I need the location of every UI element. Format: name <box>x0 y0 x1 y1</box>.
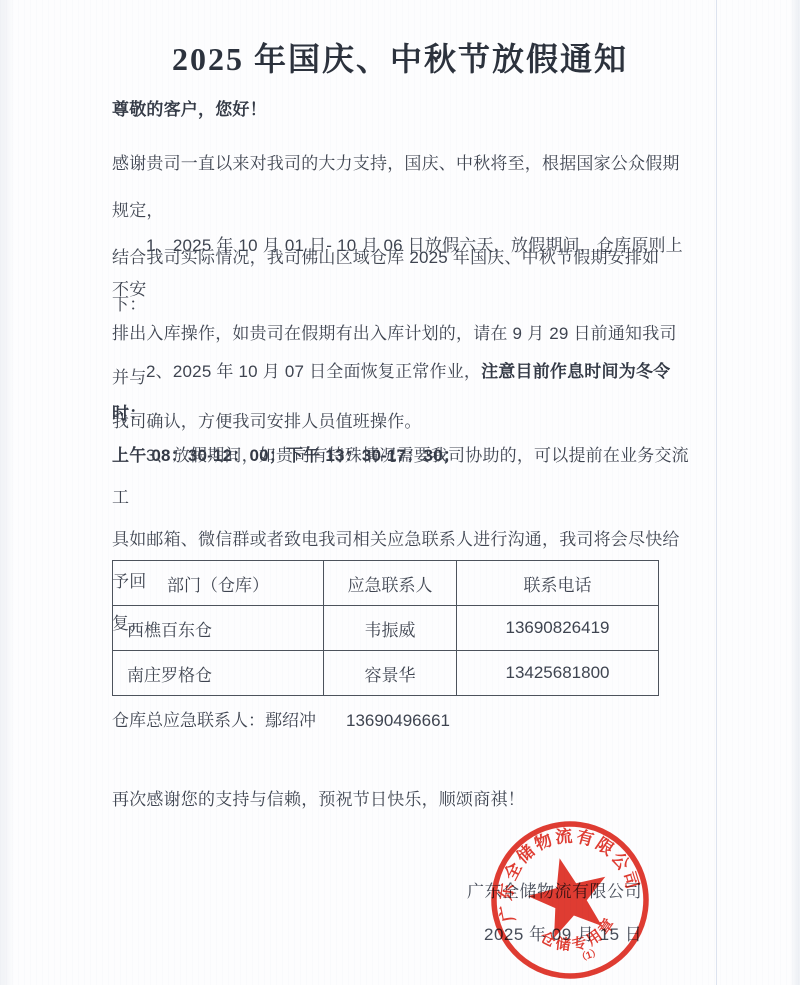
cell-phone-2: 13425681800 <box>457 651 659 696</box>
table-header-row: 部门（仓库） 应急联系人 联系电话 <box>113 561 659 606</box>
closing-line: 再次感谢您的支持与信赖，预祝节日快乐，顺颂商祺！ <box>112 785 525 810</box>
general-contact-label: 仓库总应急联系人：鄢绍冲 <box>112 711 316 730</box>
company-seal-stamp: 广东全储物流有限公司 仓储专用章 （1） <box>485 815 655 985</box>
cell-warehouse-2: 南庄罗格仓 <box>113 651 324 696</box>
header-phone: 联系电话 <box>457 561 659 606</box>
emergency-contact-table: 部门（仓库） 应急联系人 联系电话 西樵百东仓 韦振威 13690826419 … <box>112 560 659 696</box>
scanner-artifact-line <box>716 0 717 985</box>
cell-warehouse-1: 西樵百东仓 <box>113 606 324 651</box>
greeting-line: 尊敬的客户，您好！ <box>112 96 692 124</box>
general-contact-phone: 13690496661 <box>346 711 450 730</box>
header-contact-person: 应急联系人 <box>324 561 457 606</box>
cell-phone-1: 13690826419 <box>457 606 659 651</box>
cell-person-2: 容景华 <box>324 651 457 696</box>
item2-normal-text: 2、2025 年 10 月 07 日全面恢复正常作业， <box>146 362 481 381</box>
scanned-notice-page: 2025 年国庆、中秋节放假通知 尊敬的客户，您好！ 感谢贵司一直以来对我司的大… <box>0 0 800 985</box>
header-department: 部门（仓库） <box>113 561 324 606</box>
page-title: 2025 年国庆、中秋节放假通知 <box>0 34 800 80</box>
table-row: 西樵百东仓 韦振威 13690826419 <box>113 606 659 651</box>
general-emergency-contact: 仓库总应急联系人：鄢绍冲13690496661 <box>112 706 450 731</box>
table-row: 南庄罗格仓 容景华 13425681800 <box>113 651 659 696</box>
cell-person-1: 韦振威 <box>324 606 457 651</box>
